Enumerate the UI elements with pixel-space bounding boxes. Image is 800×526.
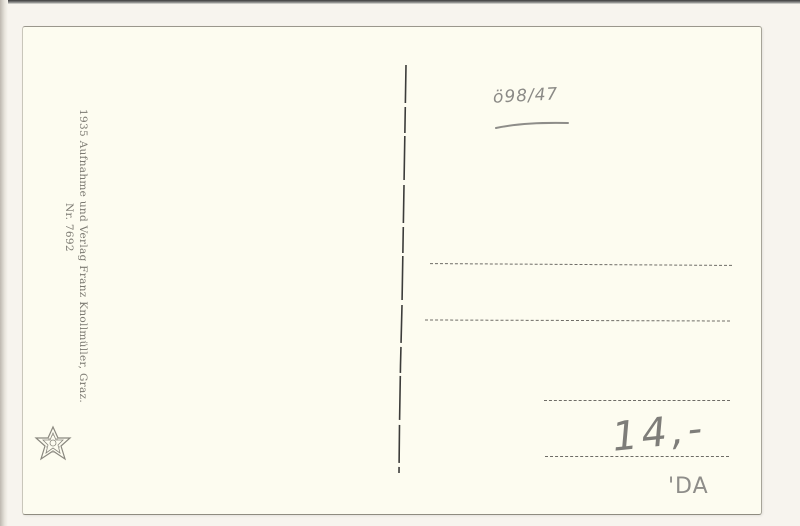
- publisher-imprint: 1935 Aufnahme und Verlag Franz Knollmüll…: [54, 58, 90, 403]
- imprint-publisher-line: 1935 Aufnahme und Verlag Franz Knollmüll…: [76, 58, 90, 403]
- scan-top-edge: [0, 0, 800, 4]
- scan-left-edge: [0, 0, 8, 526]
- pencil-dealer-code: 'DA: [668, 474, 709, 499]
- publisher-imprint-text: 1935 Aufnahme und Verlag Franz Knollmüll…: [54, 58, 90, 403]
- imprint-number-line: Nr. 7692: [62, 58, 76, 403]
- edelweiss-star-icon: [33, 425, 73, 465]
- pencil-reference-number: ö98/47: [493, 84, 559, 107]
- address-line-3: [544, 400, 730, 401]
- pencil-price: 14,-: [610, 405, 708, 461]
- center-divider-line: [395, 65, 411, 473]
- pencil-underline: [494, 120, 570, 130]
